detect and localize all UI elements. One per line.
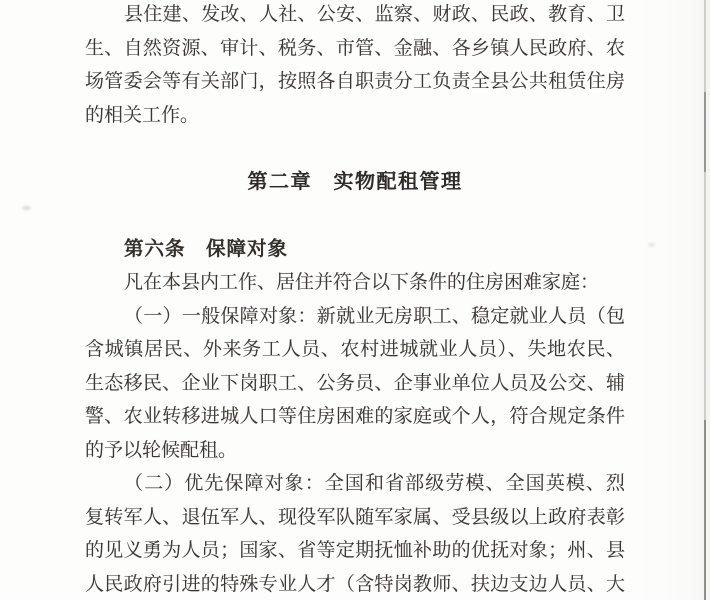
text-line: 场管委会等有关部门，按照各自职责分工负责全县公共租赁住房: [85, 65, 625, 99]
section-heading: 第六条 保障对象: [85, 233, 625, 267]
text-line: 警、农业转移进城人口等住房困难的家庭或个人，符合规定条件: [85, 400, 625, 434]
blank-line: [85, 132, 625, 166]
blank-line: [85, 199, 625, 233]
text-line: 县住建、发改、人社、公安、监察、财政、民政、教育、卫: [85, 0, 625, 32]
scan-edge-line-dark-segment: [704, 420, 706, 600]
text-block: 县住建、发改、人社、公安、监察、财政、民政、教育、卫生、自然资源、审计、税务、市…: [85, 0, 625, 600]
scanned-document-page: 县住建、发改、人社、公安、监察、财政、民政、教育、卫生、自然资源、审计、税务、市…: [0, 0, 710, 600]
text-line: 凡在本县内工作、居住并符合以下条件的住房困难家庭：: [85, 266, 625, 300]
text-line: （一）一般保障对象：新就业无房职工、稳定就业人员（包: [85, 300, 625, 334]
text-line: 生态移民、企业下岗职工、公务员、企事业单位人员及公交、辅: [85, 367, 625, 401]
scan-speck: [22, 206, 31, 210]
text-line: 的予以轮候配租。: [85, 434, 625, 468]
text-line: 人民政府引进的特殊专业人才（含特岗教师、扶边支边人员、大: [85, 568, 625, 600]
text-line: （二）优先保障对象：全国和省部级劳模、全国英模、烈属、: [85, 467, 625, 501]
chapter-heading: 第二章 实物配租管理: [85, 166, 625, 200]
text-line: 生、自然资源、审计、税务、市管、金融、各乡镇人民政府、农: [85, 32, 625, 66]
scan-speck: [648, 243, 655, 247]
text-line: 含城镇居民、外来务工人员、农村进城就业人员）、失地农民、: [85, 333, 625, 367]
text-line: 复转军人、退伍军人、现役军队随军家属、受县级以上政府表彰: [85, 501, 625, 535]
scan-edge-line-dark-segment: [704, 92, 706, 172]
text-line: 的相关工作。: [85, 99, 625, 133]
text-line: 的见义勇为人员；国家、省等定期抚恤补助的优抚对象；州、县: [85, 534, 625, 568]
